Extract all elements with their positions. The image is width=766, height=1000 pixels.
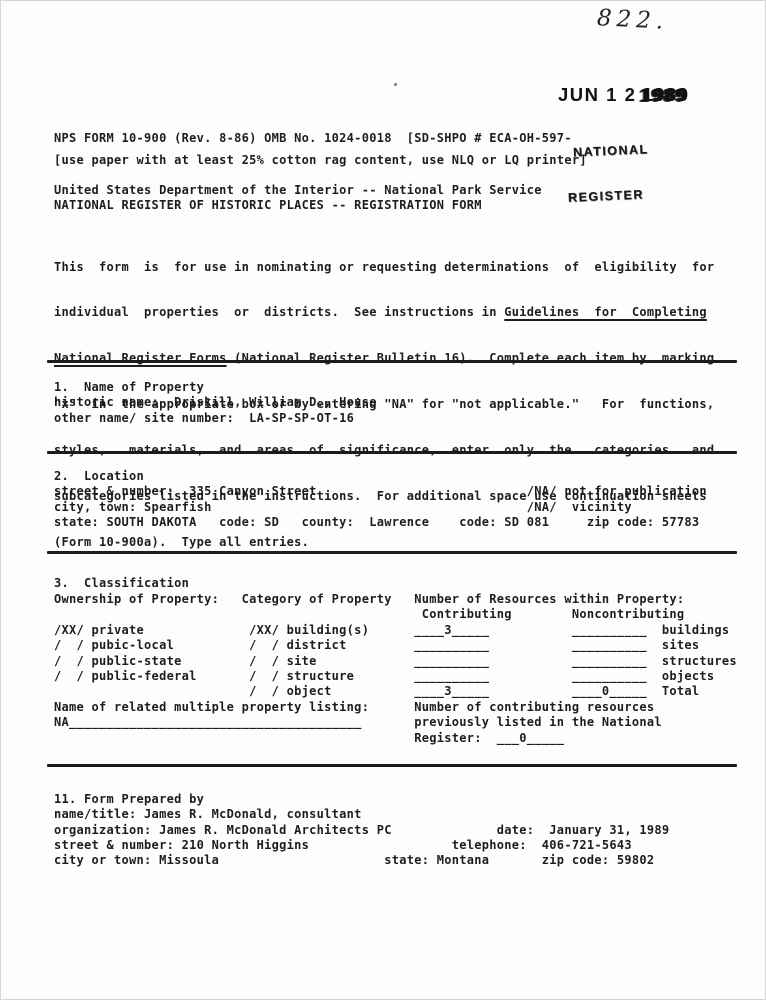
section-11-form-prepared-by: 11. Form Prepared by name/title: James R… xyxy=(54,792,669,868)
handwritten-number: 822. xyxy=(596,5,668,35)
registration-form-page: 822. JUN 1 21989 NATIONAL REGISTER NPS F… xyxy=(0,0,766,1000)
form-number-line: NPS FORM 10-900 (Rev. 8-86) OMB No. 1024… xyxy=(54,131,572,146)
section-1-name-of-property: 1. Name of Property historic name: Drisk… xyxy=(54,380,377,426)
section-3-classification-grid: Ownership of Property: Category of Prope… xyxy=(54,592,737,746)
section-divider xyxy=(47,451,737,454)
ink-speck xyxy=(394,83,397,86)
intro-line-3-underlined: National Register Forms xyxy=(54,351,227,365)
section-divider xyxy=(47,551,737,554)
date-stamp-text: JUN 1 2 xyxy=(558,84,636,105)
section-divider xyxy=(47,764,737,767)
paper-note-line: [use paper with at least 25% cotton rag … xyxy=(54,153,587,168)
date-stamp-year: 1989 xyxy=(641,84,688,105)
intro-line-3-plain: (National Register Bulletin 16). Complet… xyxy=(227,351,715,365)
intro-line-2-plain: individual properties or districts. See … xyxy=(54,305,504,319)
section-3-title: 3. Classification xyxy=(54,576,189,591)
national-register-stamp-line2: REGISTER xyxy=(568,187,651,206)
intro-line-1: This form is for use in nominating or re… xyxy=(54,260,714,275)
section-divider xyxy=(47,360,737,363)
department-title-block: United States Department of the Interior… xyxy=(54,183,542,214)
date-received-stamp: JUN 1 21989 xyxy=(558,84,689,106)
intro-line-2-underlined: Guidelines for Completing xyxy=(504,305,707,319)
intro-line-7: (Form 10-900a). Type all entries. xyxy=(54,535,714,550)
intro-line-2: individual properties or districts. See … xyxy=(54,305,714,320)
national-register-stamp: NATIONAL REGISTER xyxy=(564,112,652,235)
section-2-location: 2. Location street & number: 335 Canyon … xyxy=(54,469,707,530)
